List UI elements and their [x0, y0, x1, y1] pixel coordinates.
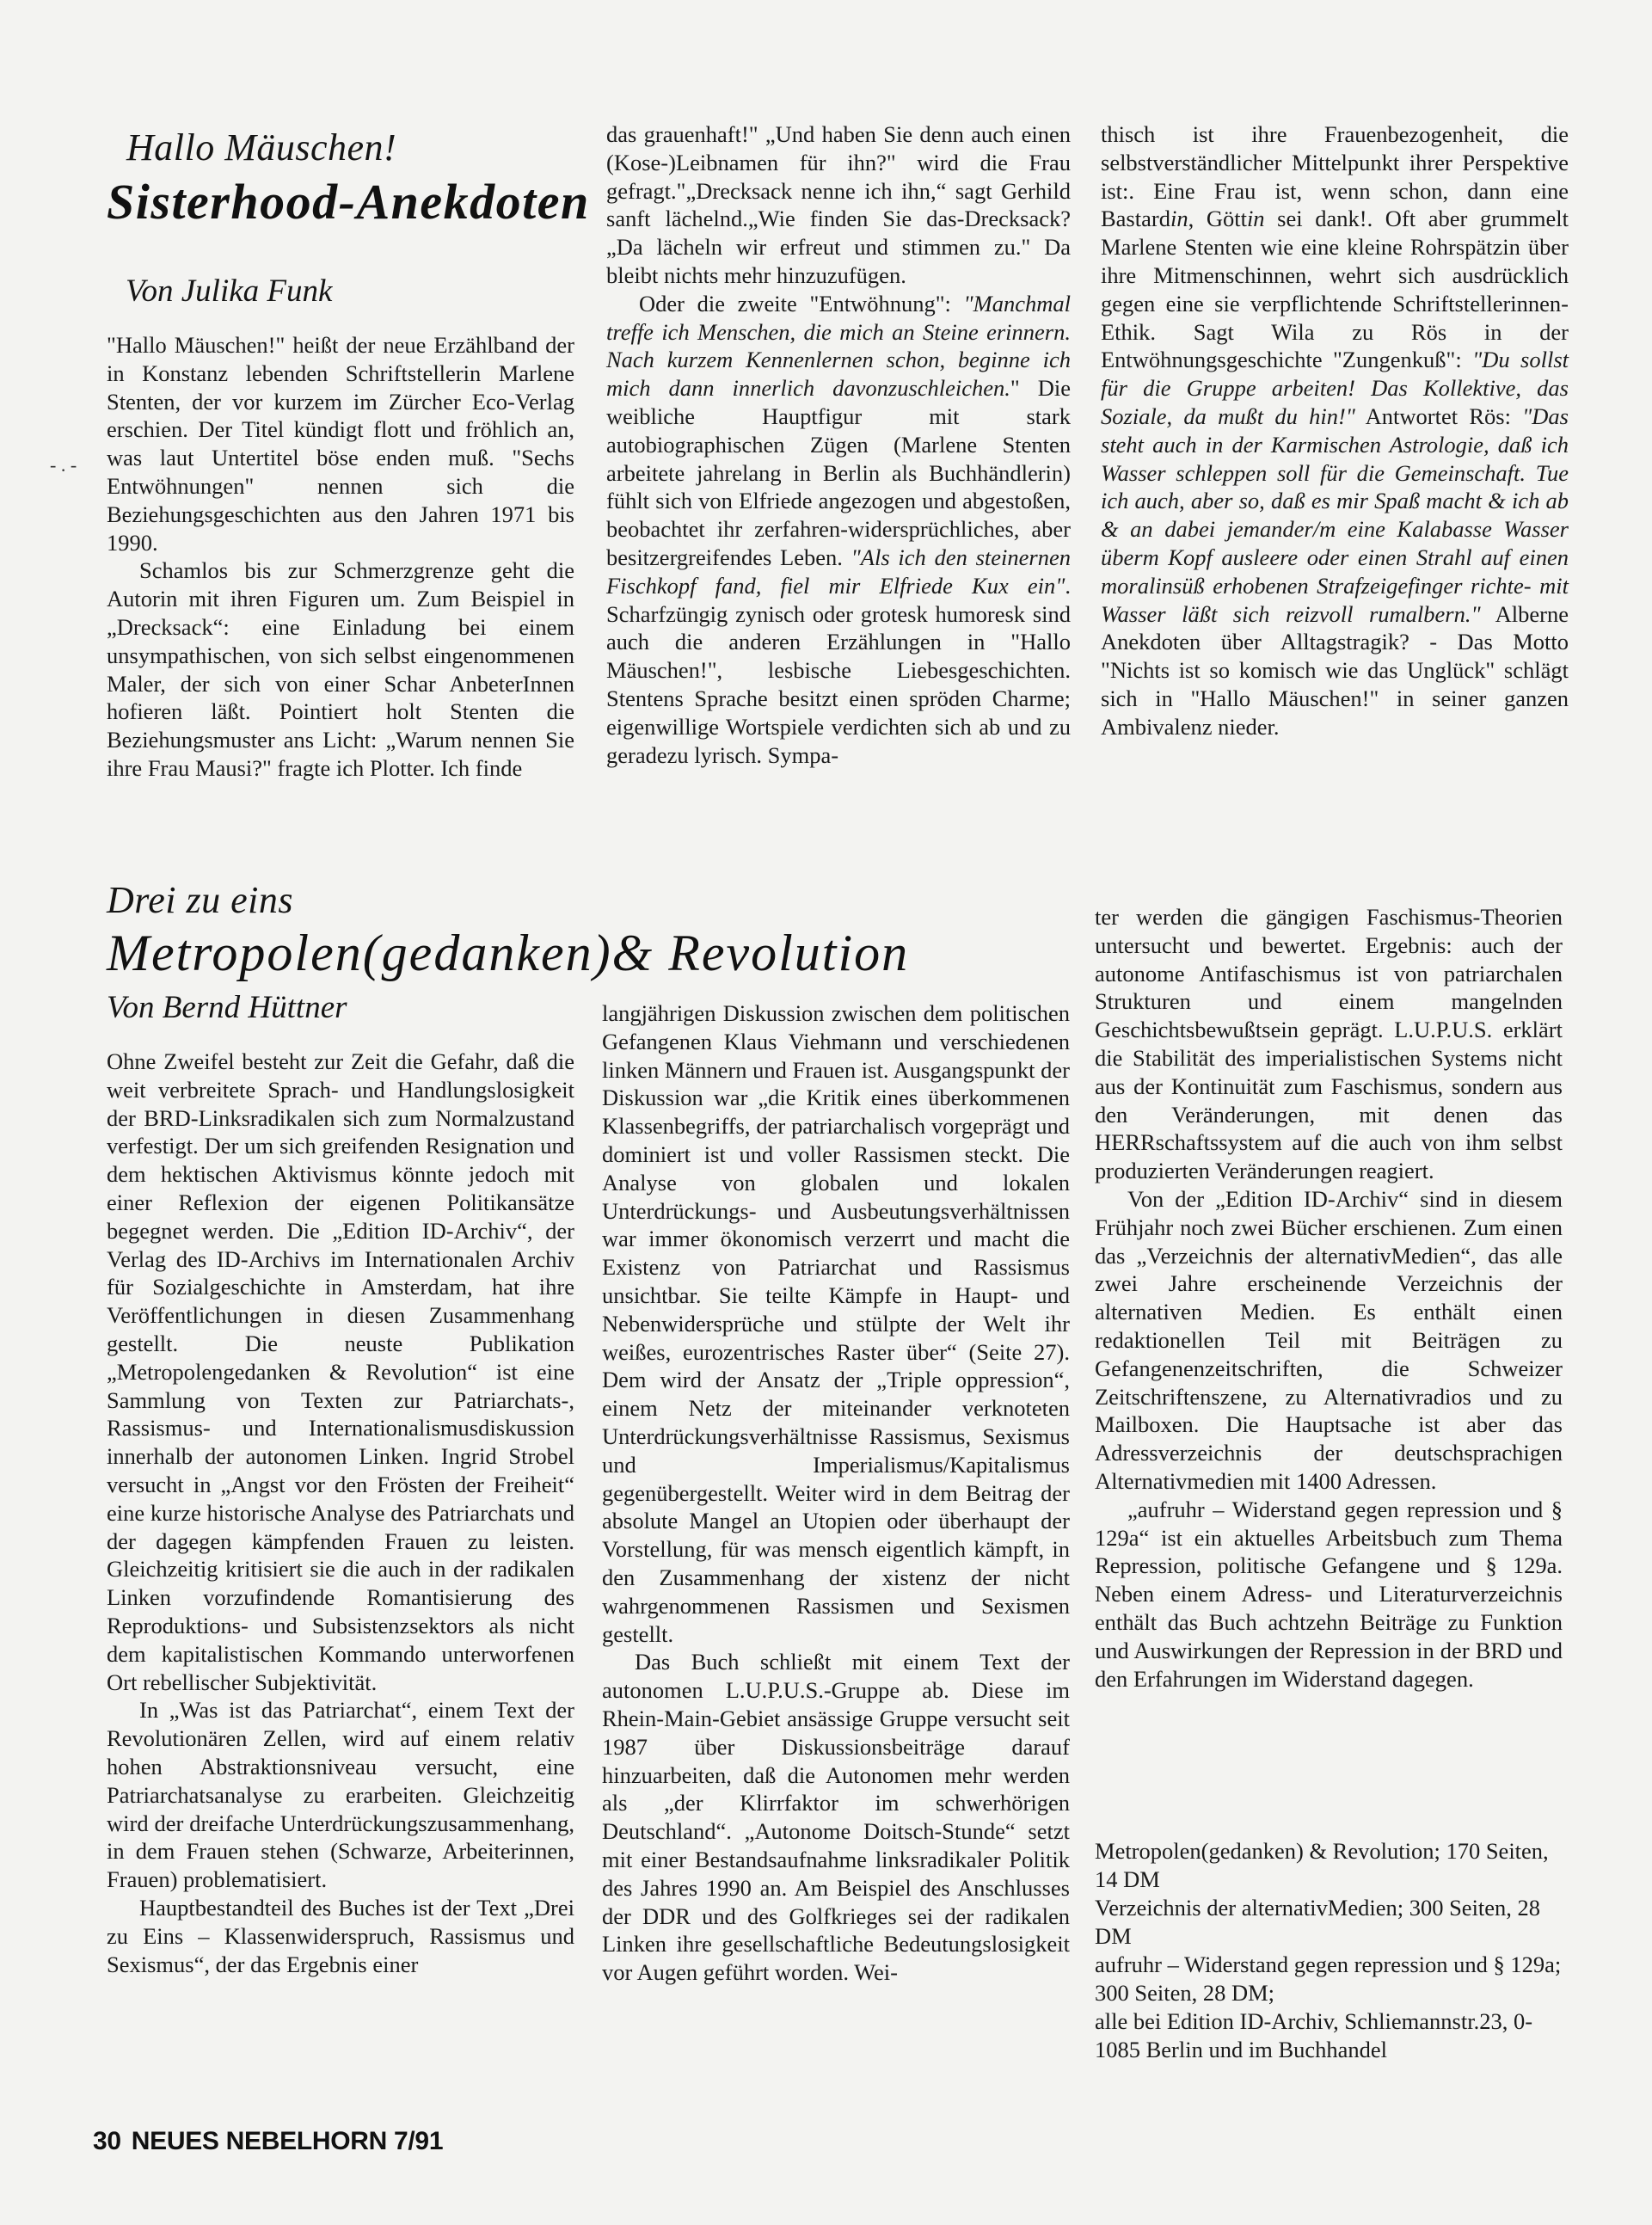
article1-byline: Von Julika Funk — [126, 275, 332, 307]
paragraph: "Hallo Mäuschen!" heißt der neue Erzählb… — [107, 331, 574, 556]
text-run: das grauenhaft!" „Und haben Sie denn auc… — [606, 121, 1071, 288]
book-info-item: Metropolen(gedanken) & Revolution; 170 S… — [1095, 1837, 1568, 1894]
paragraph: Ohne Zweifel besteht zur Zeit die Gefahr… — [107, 1048, 574, 1696]
paragraph: Von der „Edition ID-Archiv“ sind in dies… — [1095, 1185, 1563, 1496]
article2-column-3: ter werden die gängigen Faschismus-Theor… — [1095, 903, 1563, 1693]
book-info-item: alle bei Edition ID-Archiv, Schliemannst… — [1095, 2007, 1568, 2064]
page-footer: 30NEUES NEBELHORN 7/91 — [93, 2127, 453, 2156]
article1-column-2: das grauenhaft!" „Und haben Sie denn auc… — [606, 120, 1071, 769]
article1-kicker: Hallo Mäuschen! — [126, 129, 396, 167]
italic-quote: in — [1247, 206, 1265, 231]
text-run: „aufruhr – Widerstand gegen repression u… — [1095, 1497, 1563, 1692]
paragraph: ter werden die gängigen Faschismus-Theor… — [1095, 903, 1563, 1185]
article1-headline: Sisterhood-Anekdoten — [107, 177, 590, 227]
text-run: Hauptbestandteil des Buches ist der Text… — [107, 1895, 574, 1977]
text-run: . Scharfzüngig zynisch oder grotesk humo… — [606, 573, 1071, 768]
paragraph: langjährigen Diskussion zwischen dem pol… — [602, 999, 1070, 1648]
article2-column-2: langjährigen Diskussion zwischen dem pol… — [602, 999, 1070, 1987]
text-run: " Die weibliche Hauptfigur mit stark aut… — [606, 375, 1071, 570]
text-run: , Gött — [1188, 206, 1247, 231]
text-run: ter werden die gängigen Faschismus-Theor… — [1095, 904, 1563, 1183]
article1-column-3: thisch ist ihre Frauenbezogenheit, die s… — [1101, 120, 1569, 741]
text-run: In „Was ist das Patriarchat“, einem Text… — [107, 1697, 574, 1892]
paragraph: das grauenhaft!" „Und haben Sie denn auc… — [606, 120, 1071, 290]
paragraph: thisch ist ihre Frauenbezogenheit, die s… — [1101, 120, 1569, 741]
page-number: 30 — [93, 2127, 121, 2155]
italic-quote: in — [1170, 206, 1188, 231]
paragraph: Oder die zweite "Entwöhnung": "Manchmal … — [606, 290, 1071, 770]
text-run: Von der „Edition ID-Archiv“ sind in dies… — [1095, 1186, 1563, 1494]
book-info-list: Metropolen(gedanken) & Revolution; 170 S… — [1095, 1837, 1568, 2064]
text-run: Antwortet Rös: — [1355, 403, 1522, 429]
article2-headline: Metropolen(gedanken)& Revolution — [107, 927, 909, 979]
article2-kicker: Drei zu eins — [107, 882, 293, 919]
publication-name: NEUES NEBELHORN 7/91 — [132, 2127, 443, 2155]
article1-column-1: "Hallo Mäuschen!" heißt der neue Erzählb… — [107, 331, 574, 783]
paragraph: Hauptbestandteil des Buches ist der Text… — [107, 1894, 574, 1978]
paragraph: In „Was ist das Patriarchat“, einem Text… — [107, 1696, 574, 1894]
book-info-item: Verzeichnis der alternativMedien; 300 Se… — [1095, 1894, 1568, 1951]
article2-byline: Von Bernd Hüttner — [107, 992, 347, 1023]
article2-column-1: Ohne Zweifel besteht zur Zeit die Gefahr… — [107, 1048, 574, 1978]
text-run: Oder die zweite "Entwöhnung": — [639, 291, 964, 317]
text-run: "Hallo Mäuschen!" heißt der neue Erzählb… — [107, 332, 574, 556]
text-run: Ohne Zweifel besteht zur Zeit die Gefahr… — [107, 1048, 574, 1695]
text-run: langjährigen Diskussion zwischen dem pol… — [602, 1000, 1070, 1647]
book-info-item: aufruhr – Widerstand gegen repression un… — [1095, 1951, 1568, 2007]
text-run: Das Buch schließt mit einem Text der aut… — [602, 1649, 1070, 1985]
paragraph: Schamlos bis zur Schmerzgrenze geht die … — [107, 556, 574, 782]
scan-mark: - . - — [50, 454, 77, 476]
paragraph: „aufruhr – Widerstand gegen repression u… — [1095, 1496, 1563, 1693]
text-run: Schamlos bis zur Schmerzgrenze geht die … — [107, 557, 574, 781]
italic-quote: "Das steht auch in der Karmischen Astrol… — [1101, 403, 1569, 627]
paragraph: Das Buch schließt mit einem Text der aut… — [602, 1648, 1070, 1987]
magazine-page: Hallo Mäuschen! Sisterhood-Anekdoten Von… — [0, 0, 1652, 2225]
